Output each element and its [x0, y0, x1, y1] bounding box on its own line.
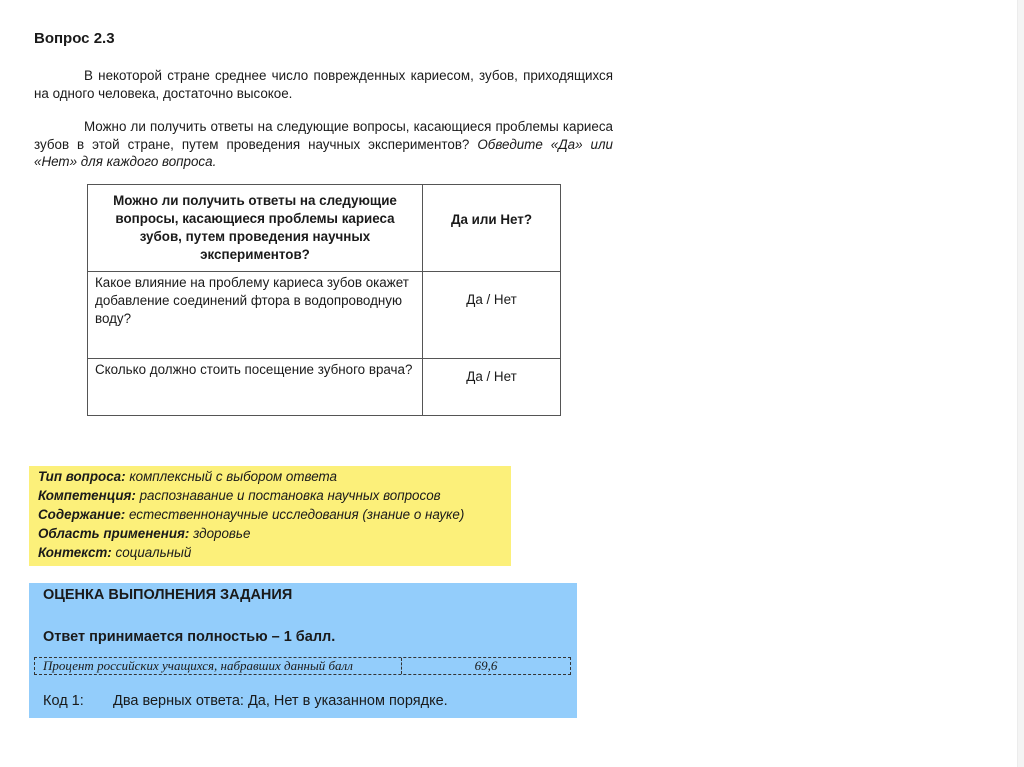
- table-header-question: Можно ли получить ответы на следующие во…: [88, 185, 423, 272]
- instruction-paragraph: Можно ли получить ответы на следующие во…: [34, 118, 613, 171]
- percent-row: Процент российских учащихся, набравших д…: [34, 657, 571, 675]
- row-answer-choice[interactable]: Да / Нет: [423, 359, 561, 416]
- table-row: Какое влияние на проблему кариеса зубов …: [88, 272, 561, 359]
- percent-label: Процент российских учащихся, набравших д…: [43, 658, 353, 674]
- assessment-box: ОЦЕНКА ВЫПОЛНЕНИЯ ЗАДАНИЯ Ответ принимае…: [29, 583, 577, 718]
- question-title: Вопрос 2.3: [34, 30, 115, 47]
- percent-value: 69,6: [402, 658, 570, 674]
- info-content: Содержание: естественнонаучные исследова…: [38, 507, 464, 522]
- info-context: Контекст: социальный: [38, 545, 191, 560]
- full-credit-text: Ответ принимается полностью – 1 балл.: [43, 629, 335, 645]
- code-line: Код 1:Два верных ответа: Да, Нет в указа…: [43, 693, 448, 709]
- table-header-answer: Да или Нет?: [423, 185, 561, 272]
- row-question: Сколько должно стоить посещение зубного …: [88, 359, 423, 416]
- code-label: Код 1:: [43, 693, 113, 709]
- assessment-heading: ОЦЕНКА ВЫПОЛНЕНИЯ ЗАДАНИЯ: [43, 587, 292, 603]
- code-text: Два верных ответа: Да, Нет в указанном п…: [113, 693, 448, 709]
- intro-text: В некоторой стране среднее число поврежд…: [34, 68, 613, 101]
- row-answer-choice[interactable]: Да / Нет: [423, 272, 561, 359]
- info-application: Область применения: здоровье: [38, 526, 250, 541]
- table-row: Сколько должно стоить посещение зубного …: [88, 359, 561, 416]
- info-type: Тип вопроса: комплексный с выбором ответ…: [38, 469, 337, 484]
- row-question: Какое влияние на проблему кариеса зубов …: [88, 272, 423, 359]
- question-info-box: Тип вопроса: комплексный с выбором ответ…: [29, 466, 511, 566]
- question-table: Можно ли получить ответы на следующие во…: [87, 184, 561, 416]
- slide-edge: [1017, 0, 1024, 767]
- intro-paragraph: В некоторой стране среднее число поврежд…: [34, 67, 613, 102]
- info-competence: Компетенция: распознавание и постановка …: [38, 488, 441, 503]
